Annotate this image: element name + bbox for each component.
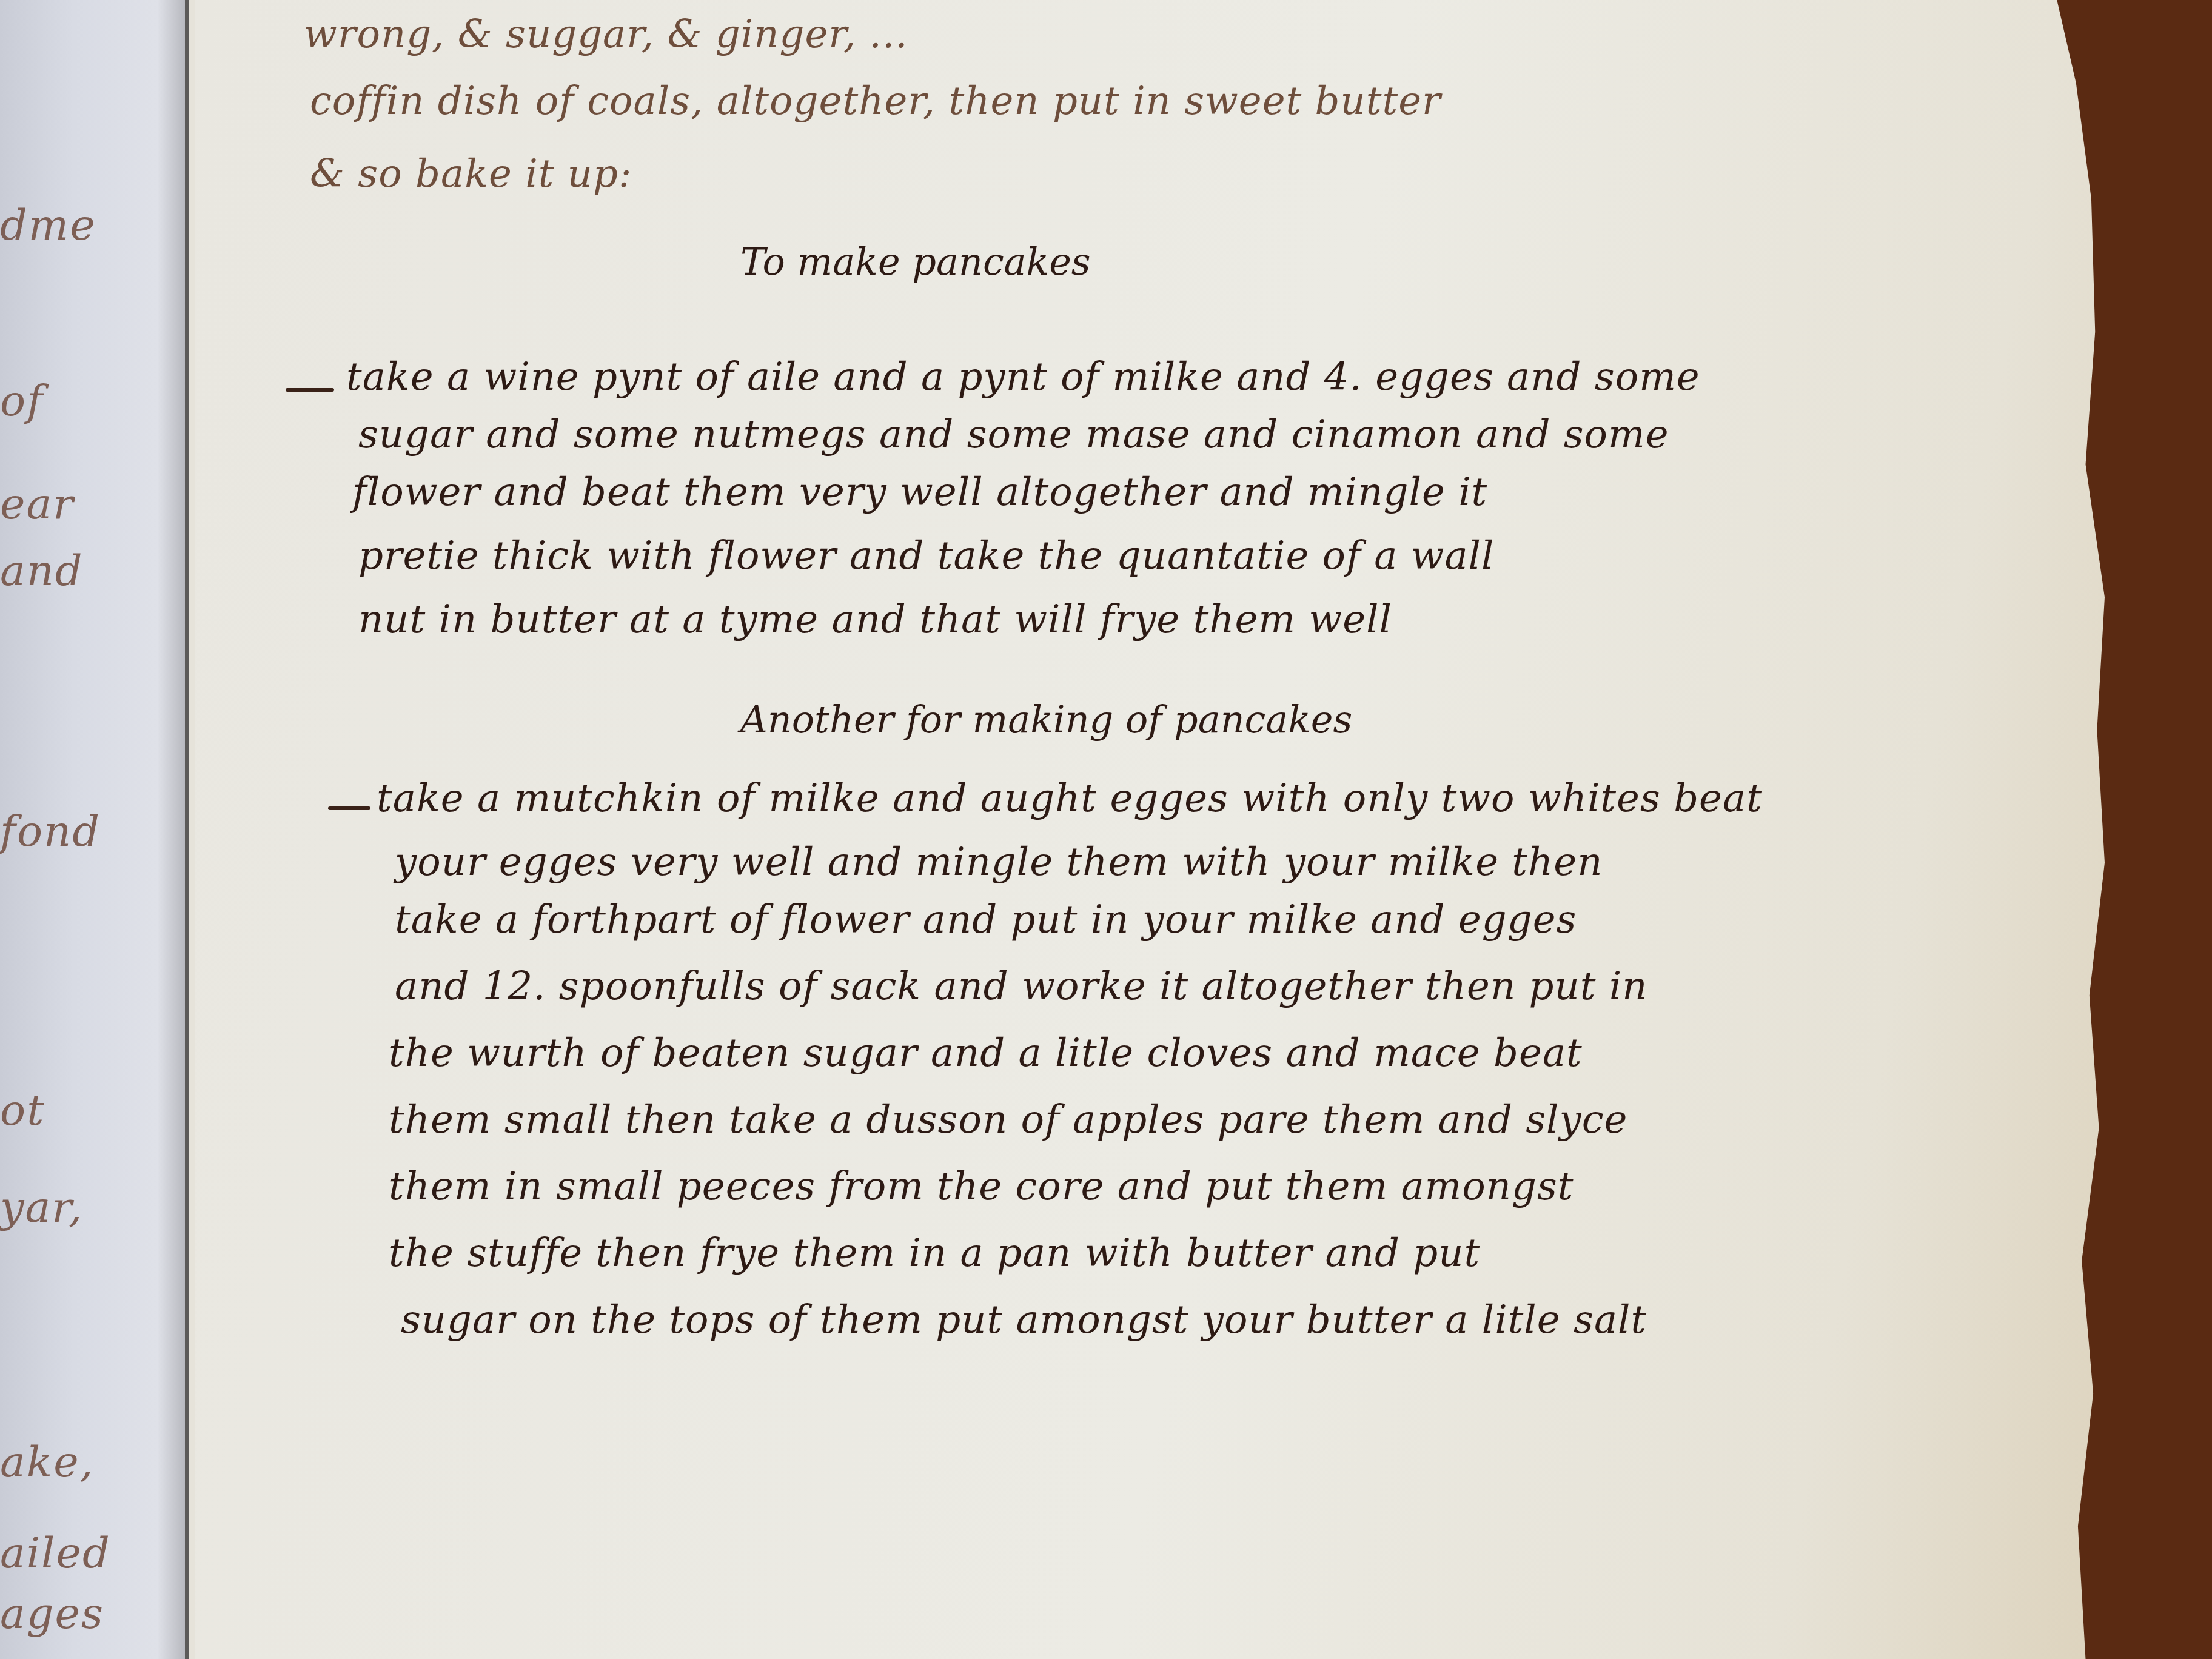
recipe-title: To make pancakes xyxy=(740,240,1091,284)
manuscript-line: sugar and some nutmegs and some mase and… xyxy=(358,412,1669,457)
manuscript-line: flower and beat them very well altogethe… xyxy=(352,470,1487,515)
margin-fragment: yar, xyxy=(0,1182,83,1232)
manuscript-line: sugar on the tops of them put amongst yo… xyxy=(401,1298,1647,1342)
manuscript-page: wrong, & suggar, & ginger, ... coffin di… xyxy=(195,0,2105,1659)
recipe-title: Another for making of pancakes xyxy=(740,697,1352,742)
manuscript-line: nut in butter at a tyme and that will fr… xyxy=(358,597,1392,642)
manuscript-line: your egges very well and mingle them wit… xyxy=(395,840,1603,885)
page-gutter xyxy=(189,0,195,1659)
margin-fragment: ear xyxy=(0,479,75,529)
margin-fragment: ages xyxy=(0,1589,104,1638)
manuscript-line: wrong, & suggar, & ginger, ... xyxy=(304,12,908,57)
margin-fragment: fond xyxy=(0,806,101,856)
manuscript-line: take a forthpart of flower and put in yo… xyxy=(395,897,1577,942)
margin-fragment: and xyxy=(0,546,84,595)
manuscript-line: the stuffe then frye them in a pan with … xyxy=(389,1231,1480,1276)
left-facing-page: dme of ear and fond ot yar, ake, ailed a… xyxy=(0,0,189,1659)
manuscript-line: the wurth of beaten sugar and a litle cl… xyxy=(389,1031,1583,1076)
manuscript-line: and 12. spoonfulls of sack and worke it … xyxy=(395,964,1647,1009)
margin-fragment: of xyxy=(0,376,44,426)
manuscript-line: them small then take a dusson of apples … xyxy=(389,1098,1627,1142)
manuscript-line: coffin dish of coals, altogether, then p… xyxy=(310,79,1441,124)
margin-fragment: dme xyxy=(0,200,96,250)
manuscript-line: take a mutchkin of milke and aught egges… xyxy=(377,776,1763,821)
margin-fragment: ake, xyxy=(0,1437,95,1487)
paragraph-mark xyxy=(286,388,334,392)
manuscript-line: them in small peeces from the core and p… xyxy=(389,1164,1574,1209)
manuscript-line: pretie thick with flower and take the qu… xyxy=(358,534,1495,578)
margin-fragment: ot xyxy=(0,1085,45,1135)
margin-fragment: ailed xyxy=(0,1528,111,1578)
manuscript-line: & so bake it up: xyxy=(310,152,632,196)
paragraph-mark xyxy=(328,806,370,810)
manuscript-line: take a wine pynt of aile and a pynt of m… xyxy=(346,355,1700,400)
